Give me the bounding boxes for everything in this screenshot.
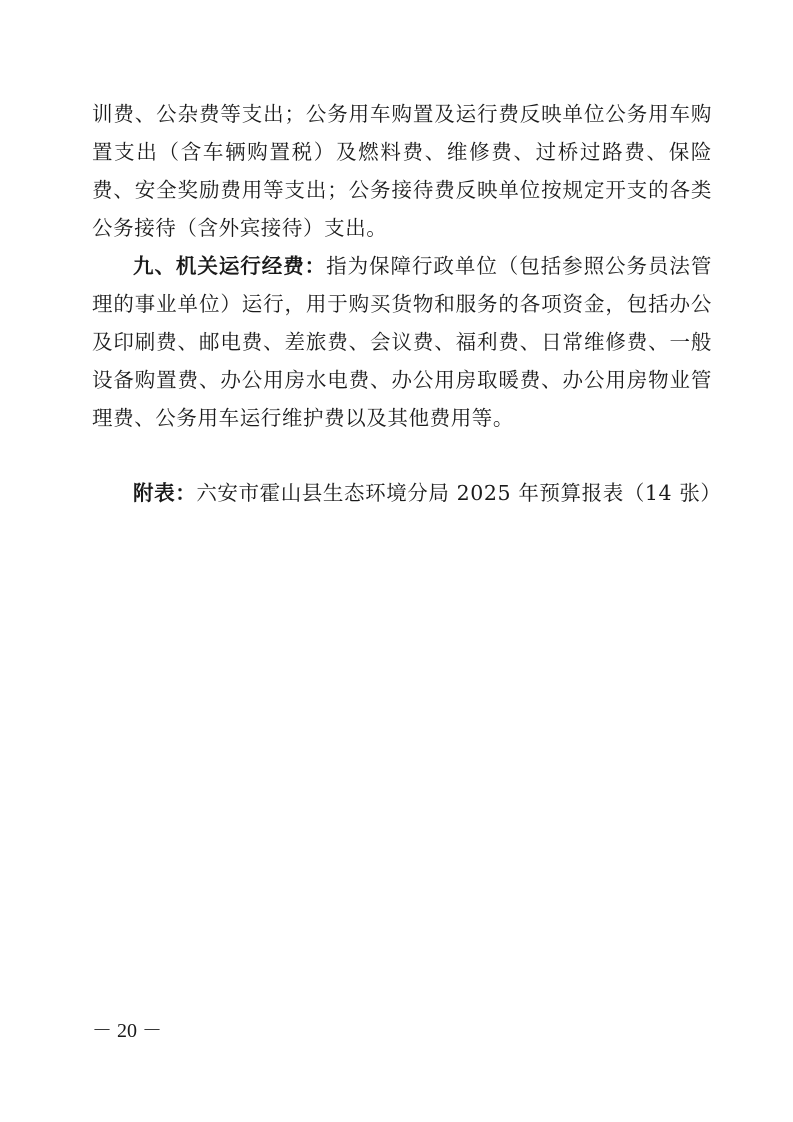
- page-number: － 20 －: [92, 1014, 162, 1043]
- section-heading: 九、机关运行经费：: [133, 254, 326, 278]
- document-body: 训费、公杂费等支出；公务用车购置及运行费反映单位公务用车购置支出（含车辆购置税）…: [92, 95, 712, 437]
- attachment-label: 附表：: [133, 481, 196, 505]
- attachment-text: 六安市霍山县生态环境分局 2025 年预算报表（14 张）: [196, 481, 721, 505]
- attachment-line: 附表：六安市霍山县生态环境分局 2025 年预算报表（14 张）: [133, 478, 722, 508]
- paragraph-operating-expenses: 九、机关运行经费：指为保障行政单位（包括参照公务员法管理的事业单位）运行，用于购…: [92, 247, 712, 437]
- paragraph-expense-description: 训费、公杂费等支出；公务用车购置及运行费反映单位公务用车购置支出（含车辆购置税）…: [92, 95, 712, 247]
- section-body: 指为保障行政单位（包括参照公务员法管理的事业单位）运行，用于购买货物和服务的各项…: [92, 254, 712, 430]
